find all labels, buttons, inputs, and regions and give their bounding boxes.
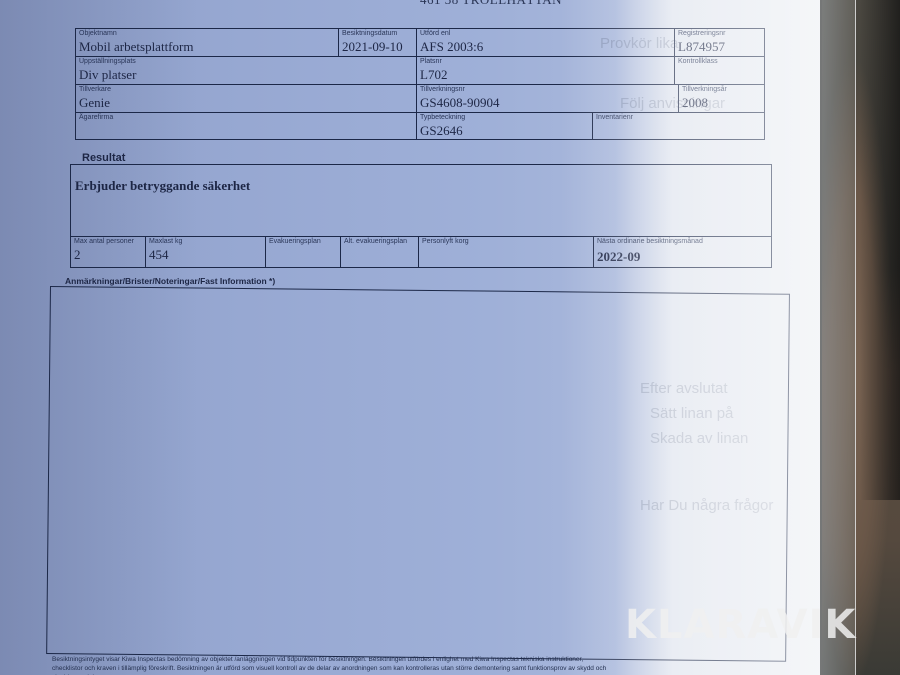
label: Ägarefirma — [79, 114, 113, 121]
value: Mobil arbetsplattform — [79, 39, 193, 55]
field-objektnamn: Objektnamn Mobil arbetsplattform — [76, 29, 339, 57]
shadow — [860, 0, 900, 500]
value: 454 — [149, 247, 169, 263]
label: Alt. evakueringsplan — [344, 238, 407, 245]
label: Tillverkare — [79, 86, 111, 93]
field-agarefirma: Ägarefirma — [76, 113, 417, 139]
value: Genie — [79, 95, 110, 111]
value: GS2646 — [420, 123, 463, 139]
value: 2021-09-10 — [342, 39, 403, 55]
value: 2 — [74, 247, 81, 263]
label: Evakueringsplan — [269, 238, 321, 245]
value: AFS 2003:6 — [420, 39, 483, 55]
label: Max antal personer — [74, 238, 134, 245]
label: Maxlast kg — [149, 238, 182, 245]
field-maxlast-kg: Maxlast kg 454 — [146, 237, 266, 267]
field-alt-evakueringsplan: Alt. evakueringsplan — [341, 237, 419, 267]
footer-line: Besiktningsintyget visar Kiwa Inspectas … — [52, 655, 752, 664]
light-glare — [560, 0, 820, 675]
watermark-logo: KLARAVIK — [625, 602, 856, 648]
address-line: 461 38 TROLLHÄTTAN — [420, 0, 562, 8]
label: Uppställningsplats — [79, 58, 136, 65]
result-heading: Resultat — [82, 152, 125, 164]
field-evakueringsplan: Evakueringsplan — [266, 237, 341, 267]
label: Objektnamn — [79, 30, 117, 37]
footer-line: checklistor och kraven i tillämplig före… — [52, 664, 752, 673]
label: Platsnr — [420, 58, 442, 65]
field-max-antal-personer: Max antal personer 2 — [71, 237, 146, 267]
label: Utförd enl — [420, 30, 450, 37]
label: Besiktningsdatum — [342, 30, 397, 37]
field-uppstallningsplats: Uppställningsplats Div platser — [76, 57, 417, 85]
result-text: Erbjuder betryggande säkerhet — [75, 178, 250, 194]
value: L702 — [420, 67, 447, 83]
notes-heading: Anmärkningar/Brister/Noteringar/Fast Inf… — [65, 276, 275, 286]
value: GS4608-90904 — [420, 95, 499, 111]
field-tillverkare: Tillverkare Genie — [76, 85, 417, 113]
field-besiktningsdatum: Besiktningsdatum 2021-09-10 — [339, 29, 417, 57]
label: Typbeteckning — [420, 114, 465, 121]
label: Tillverkningsnr — [420, 86, 465, 93]
value: Div platser — [79, 67, 136, 83]
footer-disclaimer: Besiktningsintyget visar Kiwa Inspectas … — [52, 655, 752, 675]
label: Personlyft korg — [422, 238, 469, 245]
